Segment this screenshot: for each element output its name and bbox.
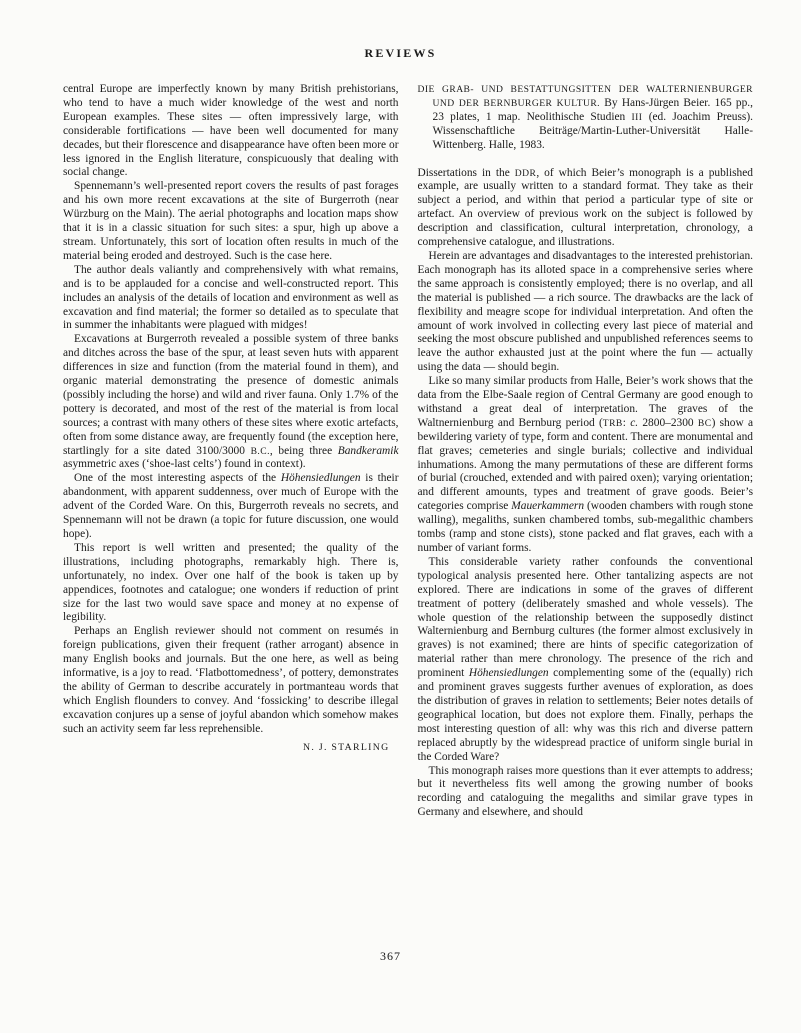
paragraph: central Europe are imperfectly known by … — [63, 83, 399, 180]
reviewer-signature: N. J. STARLING — [63, 741, 399, 755]
paragraph: This considerable variety rather confoun… — [418, 556, 754, 765]
paragraph: Herein are advantages and disadvantages … — [418, 250, 754, 375]
paragraph: Spennemann’s well-presented report cover… — [63, 180, 399, 263]
paragraph: The author deals valiantly and comprehen… — [63, 264, 399, 334]
page-header: REVIEWS — [0, 46, 801, 61]
text-columns: central Europe are imperfectly known by … — [63, 83, 753, 820]
paragraph: This monograph raises more questions tha… — [418, 765, 754, 821]
right-column: DIE GRAB- UND BESTATTUNGSITTEN DER WALTE… — [418, 83, 754, 820]
paragraph: This report is well written and presente… — [63, 542, 399, 625]
paragraph: Perhaps an English reviewer should not c… — [63, 625, 399, 736]
paragraph: Excavations at Burgerroth revealed a pos… — [63, 333, 399, 472]
book-citation: DIE GRAB- UND BESTATTUNGSITTEN DER WALTE… — [418, 83, 754, 153]
left-column: central Europe are imperfectly known by … — [63, 83, 399, 820]
page-number: 367 — [63, 949, 718, 964]
paragraph: Dissertations in the DDR, of which Beier… — [418, 167, 754, 250]
paragraph: Like so many similar products from Halle… — [418, 375, 754, 556]
paragraph: One of the most interesting aspects of t… — [63, 472, 399, 542]
